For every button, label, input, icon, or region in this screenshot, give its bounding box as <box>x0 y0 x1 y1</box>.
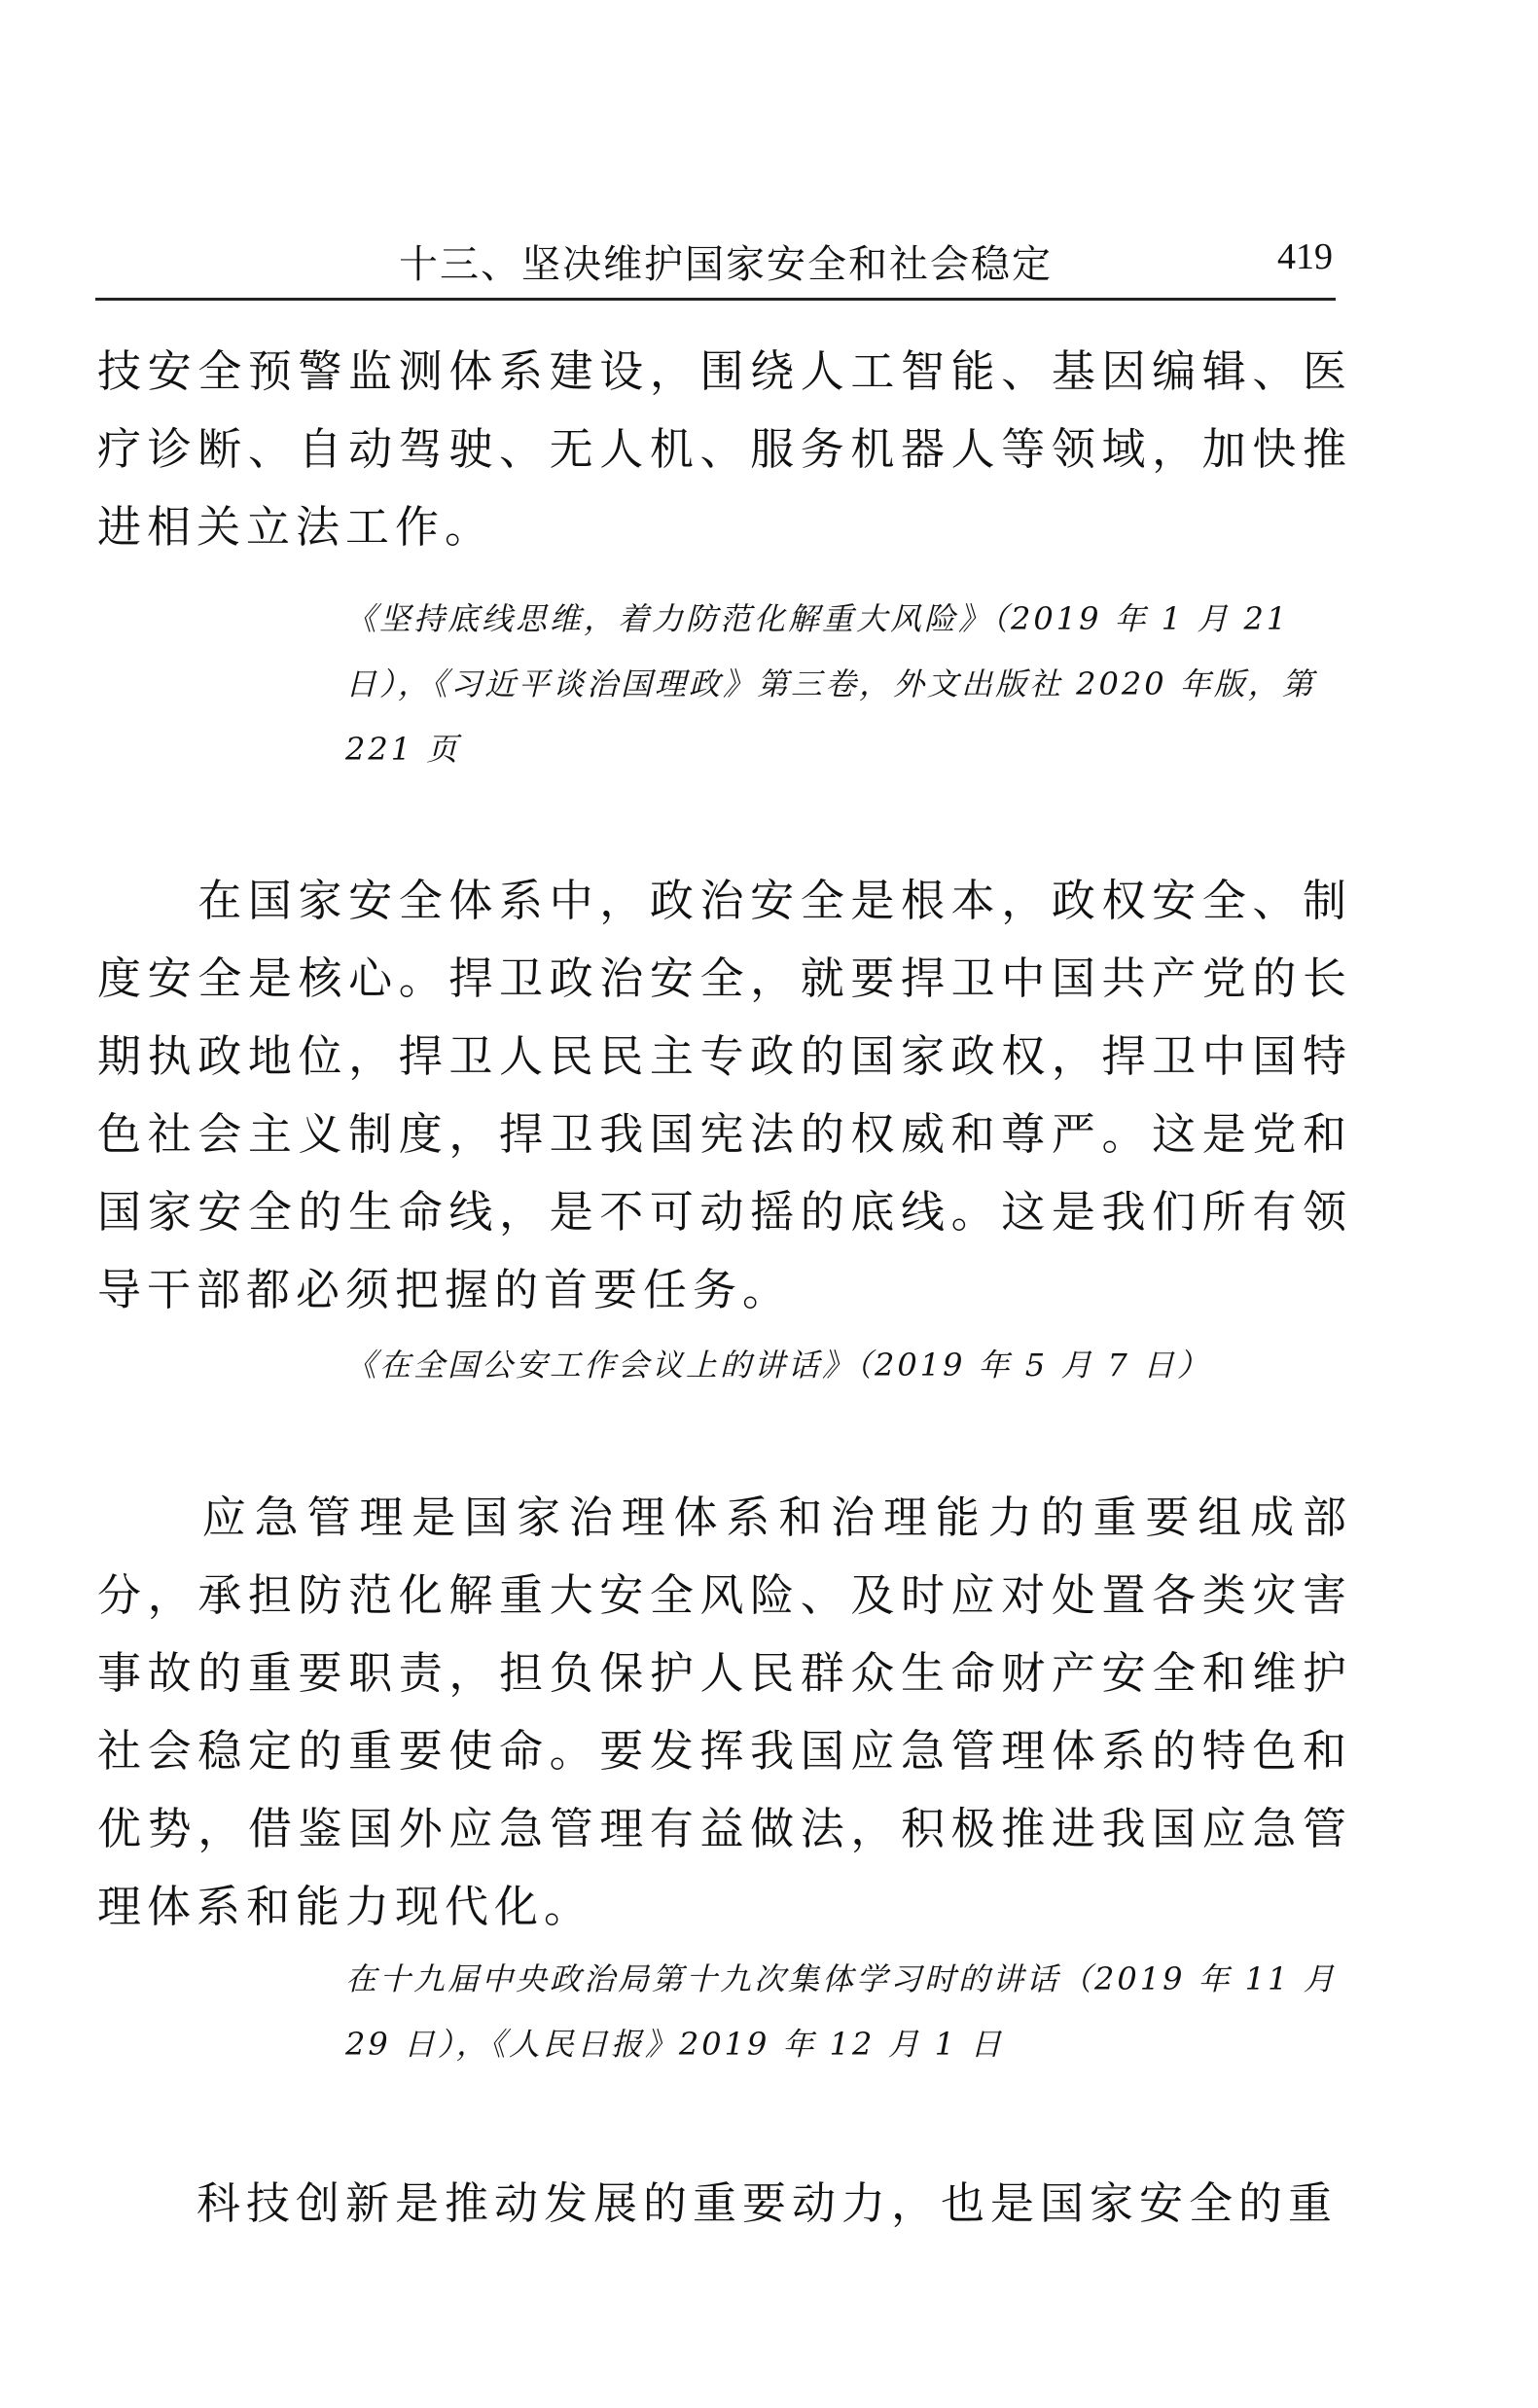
chapter-title: 十三、坚决维护国家安全和社会稳定 <box>399 234 1053 289</box>
citation: 《坚持底线思维，着力防范化解重大风险》（2019 年 1 月 21 日），《习近… <box>345 587 1347 782</box>
citation: 在十九届中央政治局第十九次集体学习时的讲话（2019 年 11 月 29 日），… <box>345 1947 1347 2077</box>
running-header: 十三、坚决维护国家安全和社会稳定 419 <box>97 234 1352 292</box>
body-paragraph: 应急管理是国家治理体系和治理能力的重要组成部分，承担防范化解重大安全风险、及时应… <box>97 1479 1352 1946</box>
body-paragraph: 在国家安全体系中，政治安全是根本，政权安全、制度安全是核心。捍卫政治安全，就要捍… <box>97 862 1352 1329</box>
body-paragraph: 技安全预警监测体系建设，围绕人工智能、基因编辑、医疗诊断、自动驾驶、无人机、服务… <box>97 333 1352 566</box>
header-rule <box>95 298 1336 301</box>
citation: 《在全国公安工作会议上的讲话》（2019 年 5 月 7 日） <box>345 1333 1347 1398</box>
page-number: 419 <box>1277 235 1333 278</box>
body-paragraph: 科技创新是推动发展的重要动力，也是国家安全的重 <box>97 2165 1352 2243</box>
